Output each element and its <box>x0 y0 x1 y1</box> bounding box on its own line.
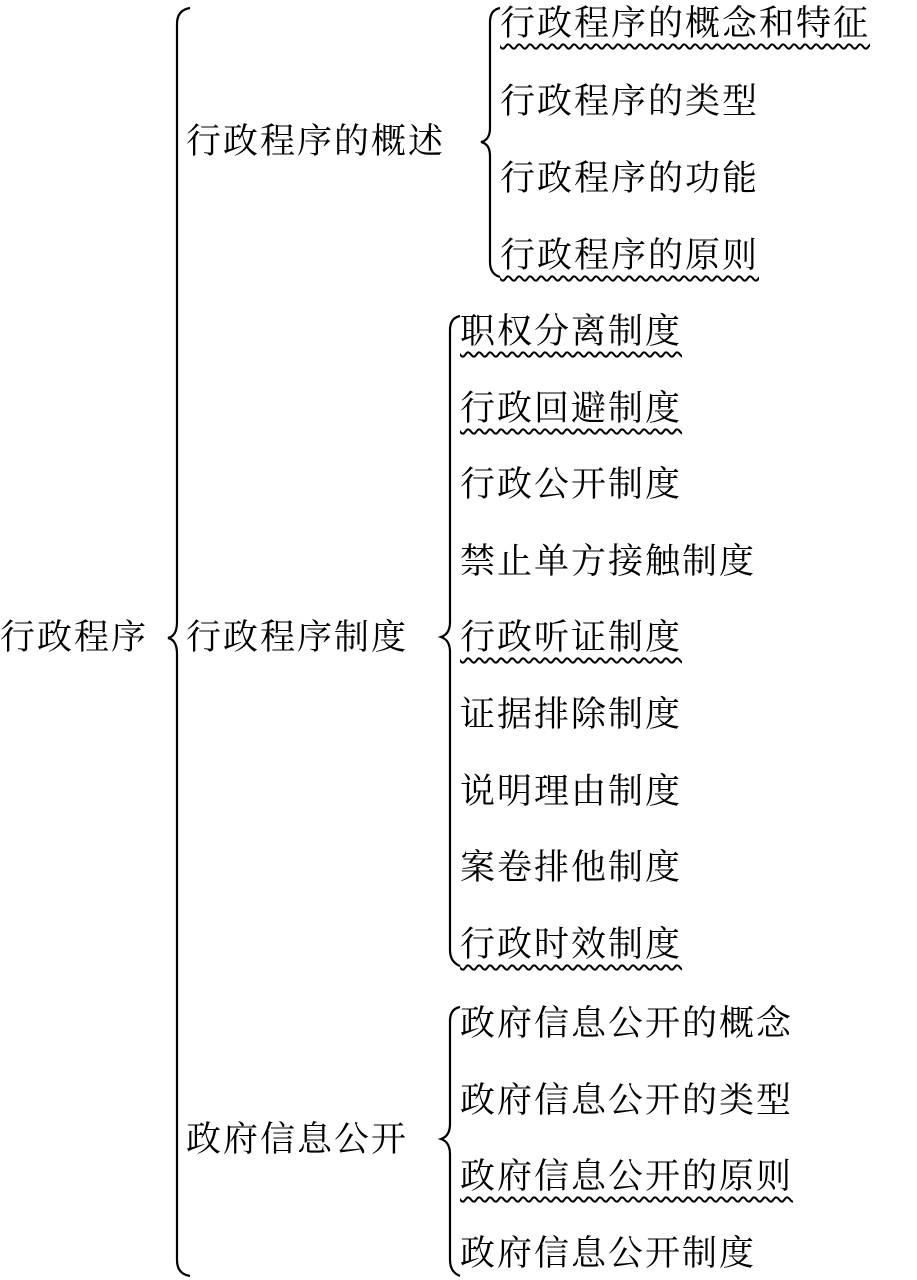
branch-1-brace <box>481 8 500 277</box>
leaf-concept-features: 行政程序的概念和特征 <box>500 4 870 44</box>
leaf-disclosure-system: 政府信息公开制度 <box>460 1234 756 1274</box>
branch-3-brace <box>441 1007 460 1276</box>
leaf-openness: 行政公开制度 <box>460 465 682 505</box>
branch-overview: 行政程序的概述 <box>186 122 445 162</box>
branch-2-brace <box>441 316 460 966</box>
leaf-exclusive-record: 案卷排他制度 <box>460 848 682 888</box>
branch-government-info-disclosure: 政府信息公开 <box>186 1120 408 1160</box>
leaf-separation-of-powers: 职权分离制度 <box>460 312 682 352</box>
leaf-disclosure-principles: 政府信息公开的原则 <box>460 1157 793 1197</box>
leaf-time-limit: 行政时效制度 <box>460 925 682 965</box>
leaf-disclosure-concept: 政府信息公开的概念 <box>460 1004 793 1044</box>
leaf-types: 行政程序的类型 <box>500 82 759 122</box>
leaf-disclosure-types: 政府信息公开的类型 <box>460 1081 793 1121</box>
leaf-evidence-exclusion: 证据排除制度 <box>460 695 682 735</box>
branch-procedure-systems: 行政程序制度 <box>186 618 408 658</box>
root-node: 行政程序 <box>0 618 148 658</box>
leaf-recusal: 行政回避制度 <box>460 389 682 429</box>
leaf-functions: 行政程序的功能 <box>500 159 759 199</box>
leaf-ex-parte-ban: 禁止单方接触制度 <box>460 542 756 582</box>
leaf-reasons: 说明理由制度 <box>460 772 682 812</box>
leaf-hearing: 行政听证制度 <box>460 618 682 658</box>
leaf-principles: 行政程序的原则 <box>500 236 759 276</box>
